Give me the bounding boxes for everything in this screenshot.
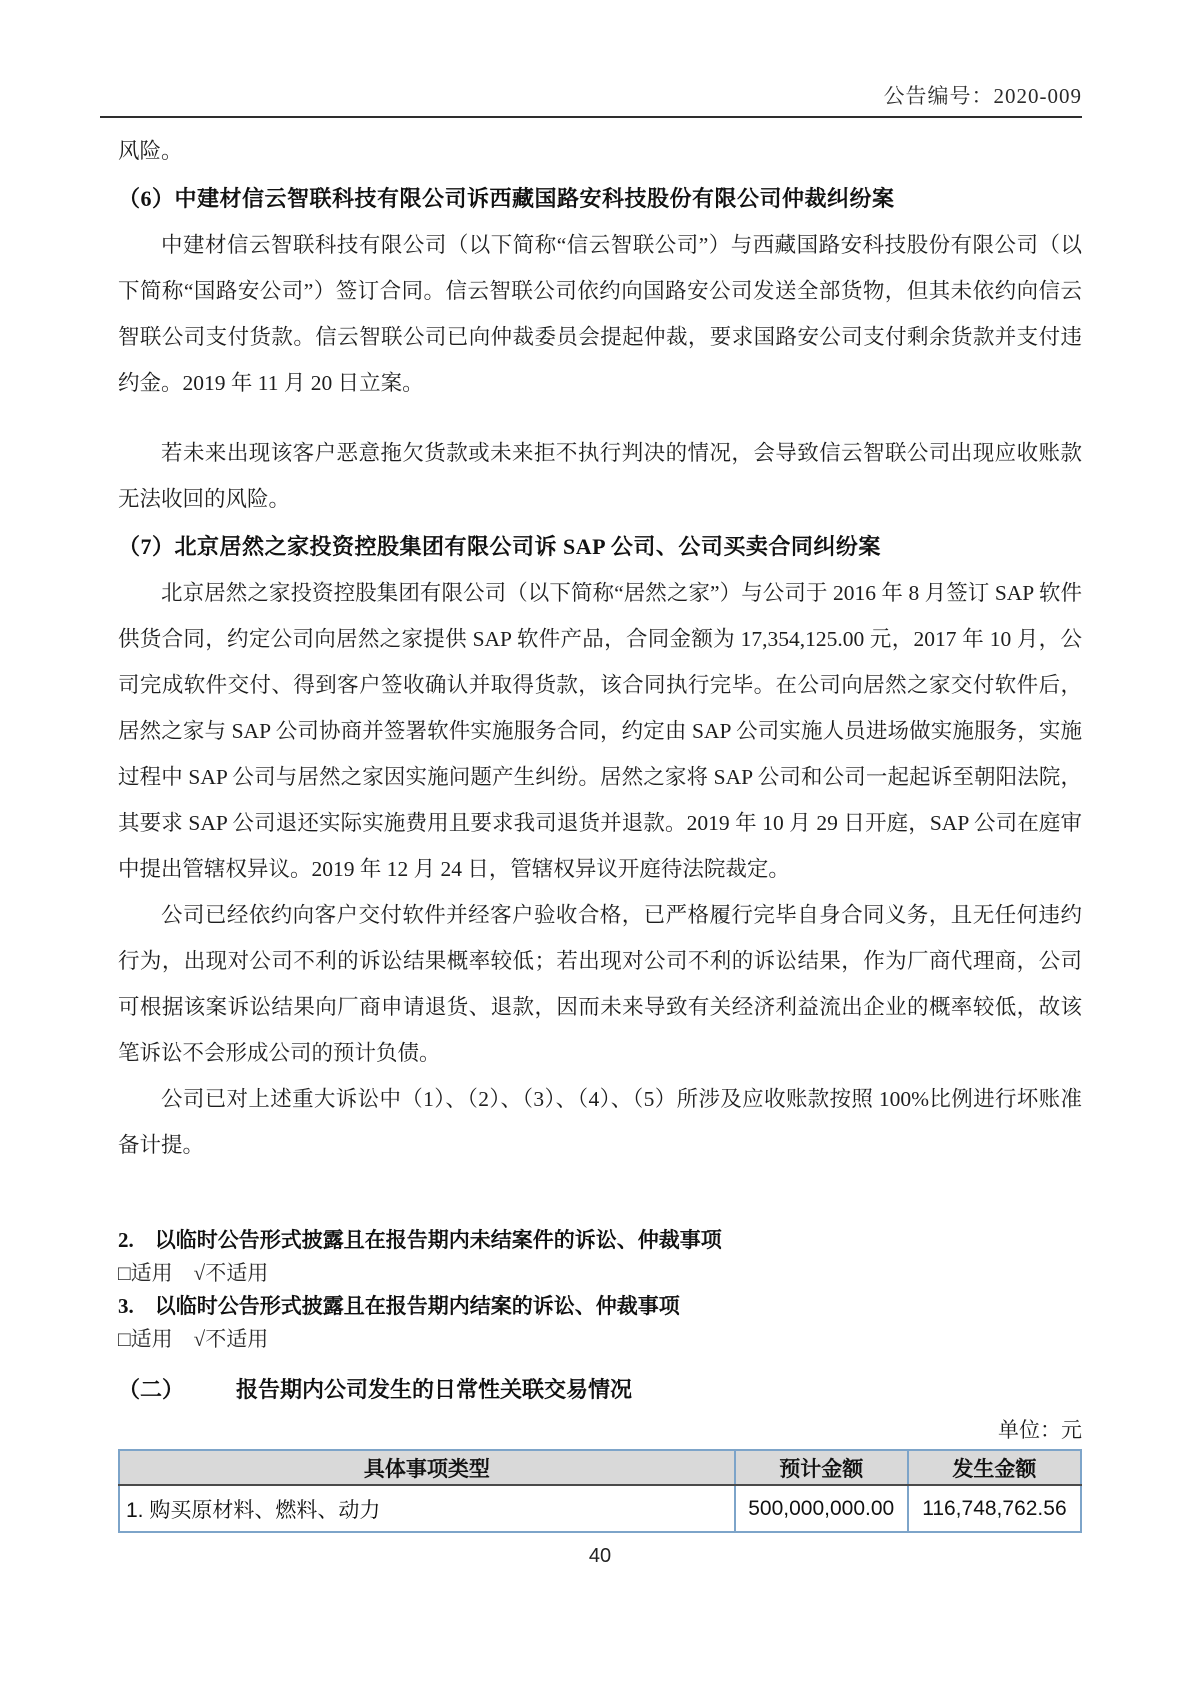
table-header-item-type: 具体事项类型 [119, 1450, 735, 1485]
table-cell-estimated-amount: 500,000,000.00 [735, 1485, 908, 1532]
section-two-label: （二） [118, 1372, 236, 1408]
item-3-applicability: □适用 √不适用 [118, 1323, 1082, 1356]
paragraph-risk-continuation: 风险。 [118, 128, 1082, 174]
section-6-heading: （6）中建材信云智联科技有限公司诉西藏国路安科技股份有限公司仲裁纠纷案 [118, 176, 1082, 222]
section-7-heading: （7）北京居然之家投资控股集团有限公司诉 SAP 公司、公司买卖合同纠纷案 [118, 524, 1082, 570]
section-6-paragraph-1: 中建材信云智联科技有限公司（以下简称“信云智联公司”）与西藏国路安科技股份有限公… [118, 222, 1082, 406]
table-header-row: 具体事项类型 预计金额 发生金额 [119, 1450, 1081, 1485]
item-2-applicability: □适用 √不适用 [118, 1257, 1082, 1290]
section-two-heading: （二） 报告期内公司发生的日常性关联交易情况 [118, 1372, 1082, 1408]
section-7-paragraph-2: 公司已经依约向客户交付软件并经客户验收合格，已严格履行完毕自身合同义务，且无任何… [118, 892, 1082, 1076]
section-7-paragraph-1: 北京居然之家投资控股集团有限公司（以下简称“居然之家”）与公司于 2016 年 … [118, 570, 1082, 892]
table-header-incurred-amount: 发生金额 [908, 1450, 1081, 1485]
section-7-paragraph-3: 公司已对上述重大诉讼中（1）、（2）、（3）、（4）、（5）所涉及应收账款按照 … [118, 1076, 1082, 1168]
table-cell-item-type: 1. 购买原材料、燃料、动力 [119, 1485, 735, 1532]
document-body: 风险。 （6）中建材信云智联科技有限公司诉西藏国路安科技股份有限公司仲裁纠纷案 … [118, 128, 1082, 1568]
page-number: 40 [118, 1545, 1082, 1568]
table-unit-note: 单位：元 [118, 1416, 1082, 1444]
litigation-items-block: 2. 以临时公告形式披露且在报告期内未结案件的诉讼、仲裁事项 □适用 √不适用 … [118, 1224, 1082, 1356]
document-page: 公告编号：2020-009 风险。 （6）中建材信云智联科技有限公司诉西藏国路安… [0, 0, 1200, 1697]
section-6-paragraph-2: 若未来出现该客户恶意拖欠货款或未来拒不执行判决的情况，会导致信云智联公司出现应收… [118, 430, 1082, 522]
item-2-heading: 2. 以临时公告形式披露且在报告期内未结案件的诉讼、仲裁事项 [118, 1224, 1082, 1257]
related-transactions-table: 具体事项类型 预计金额 发生金额 1. 购买原材料、燃料、动力 500,000,… [118, 1449, 1082, 1533]
table-header-estimated-amount: 预计金额 [735, 1450, 908, 1485]
table-row: 1. 购买原材料、燃料、动力 500,000,000.00 116,748,76… [119, 1485, 1081, 1532]
announcement-number: 公告编号：2020-009 [118, 85, 1082, 107]
item-3-heading: 3. 以临时公告形式披露且在报告期内结案的诉讼、仲裁事项 [118, 1290, 1082, 1323]
section-two-title: 报告期内公司发生的日常性关联交易情况 [236, 1372, 632, 1408]
header-rule [100, 116, 1082, 118]
table-cell-incurred-amount: 116,748,762.56 [908, 1485, 1081, 1532]
